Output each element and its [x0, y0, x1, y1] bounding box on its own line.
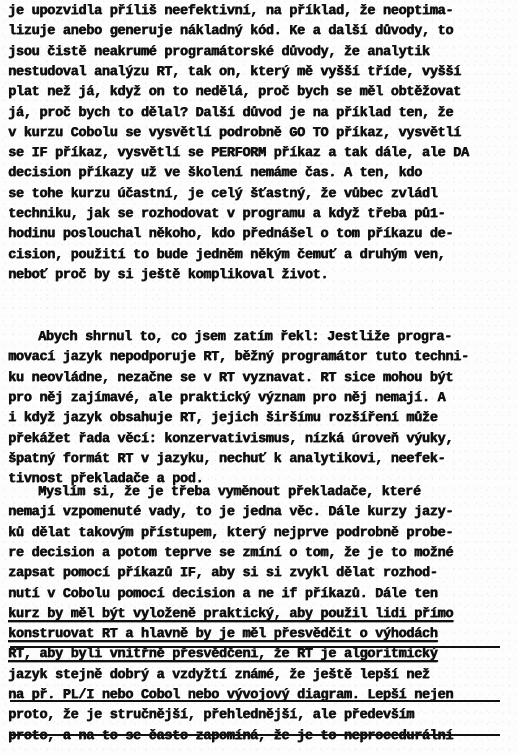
- text-line: je upozvidla příliš neefektivní, na přík…: [8, 4, 453, 19]
- text-line: ků dělat takovým přístupem, který nejprv…: [8, 526, 453, 541]
- handwritten-underline: [10, 700, 500, 702]
- text-line: nutí v Cobolu pomocí decision a ne if př…: [8, 587, 437, 602]
- text-line: konstruovat RT a hlavně by je měl přesvě…: [8, 627, 437, 642]
- text-line: plat než já, když on to nedělá, proč byc…: [8, 85, 461, 100]
- text-line: proto, a na to se často zapomíná, že je …: [8, 729, 453, 744]
- text-line: nestudoval analýzu RT, tak on, který mě …: [8, 65, 461, 80]
- text-line: hodinu poslouchal někoho, kdo přednášel …: [8, 227, 453, 242]
- text-line: pro něj zajímavé, ale praktický význam p…: [8, 391, 445, 406]
- text-line: cision, použití to bude jedněm někým čem…: [8, 248, 445, 263]
- text-line: se IF příkaz, vysvětlí se PERFORM příkaz…: [8, 146, 469, 161]
- text-line: lizuje anebo generuje nákladný kód. Ke a…: [8, 24, 453, 39]
- text-line: zapsat pomocí příkazů IF, aby si si zvyk…: [8, 566, 437, 581]
- text-line: ku neovládne, nezačne se v RT vyznavat. …: [8, 371, 453, 386]
- handwritten-underline: [10, 646, 500, 648]
- text-line: i když jazyk obsahuje RT, jejich širšímu…: [8, 411, 437, 426]
- text-line: kurz by měl být vyloženě praktický, aby …: [8, 607, 453, 622]
- text-line: techniku, jak se rozhodovat v programu a…: [8, 207, 445, 222]
- text-line: proto, že je stručnější, přehlednější, a…: [8, 708, 414, 723]
- text-line: decision příkazy už ve školení nemáme ča…: [8, 166, 422, 181]
- text-line: nemají vzpomenuté vady, to je jedna věc.…: [8, 505, 453, 520]
- text-line: se tohe kurzu účastní, je celý šťastný, …: [8, 187, 437, 202]
- text-line: Abych shrnul to, co jsem zatím řekl: Jes…: [38, 330, 452, 345]
- text-line: v kurzu Cobolu se vysvětlí podrobně GO T…: [8, 126, 461, 141]
- text-line: re decision a potom teprve se zmíní o to…: [8, 546, 453, 561]
- text-line: neboť proč by si ještě komplikoval život…: [8, 268, 328, 283]
- scanned-document-page: je upozvidla příliš neefektivní, na přík…: [0, 0, 517, 755]
- handwritten-underline: [10, 734, 500, 736]
- text-line: Myslím si, že je třeba vyměnout překlada…: [38, 485, 421, 500]
- text-line: překážet řada věcí: konzervativismus, ní…: [8, 432, 453, 447]
- text-line: jsou čistě neakrumé programátorské důvod…: [8, 45, 430, 60]
- text-line: movací jazyk nepodporuje RT, běžný progr…: [8, 350, 469, 365]
- text-line: jazyk stejně dobrý a vzdyžtí známé, že j…: [8, 668, 430, 683]
- text-line: já, proč bych to dělal? Další důvod je n…: [8, 106, 453, 121]
- text-line: špatný formát RT v jazyku, nechuť k anal…: [8, 452, 445, 467]
- text-line: RT, aby byli vnitřně přesvědčeni, že RT …: [8, 647, 437, 662]
